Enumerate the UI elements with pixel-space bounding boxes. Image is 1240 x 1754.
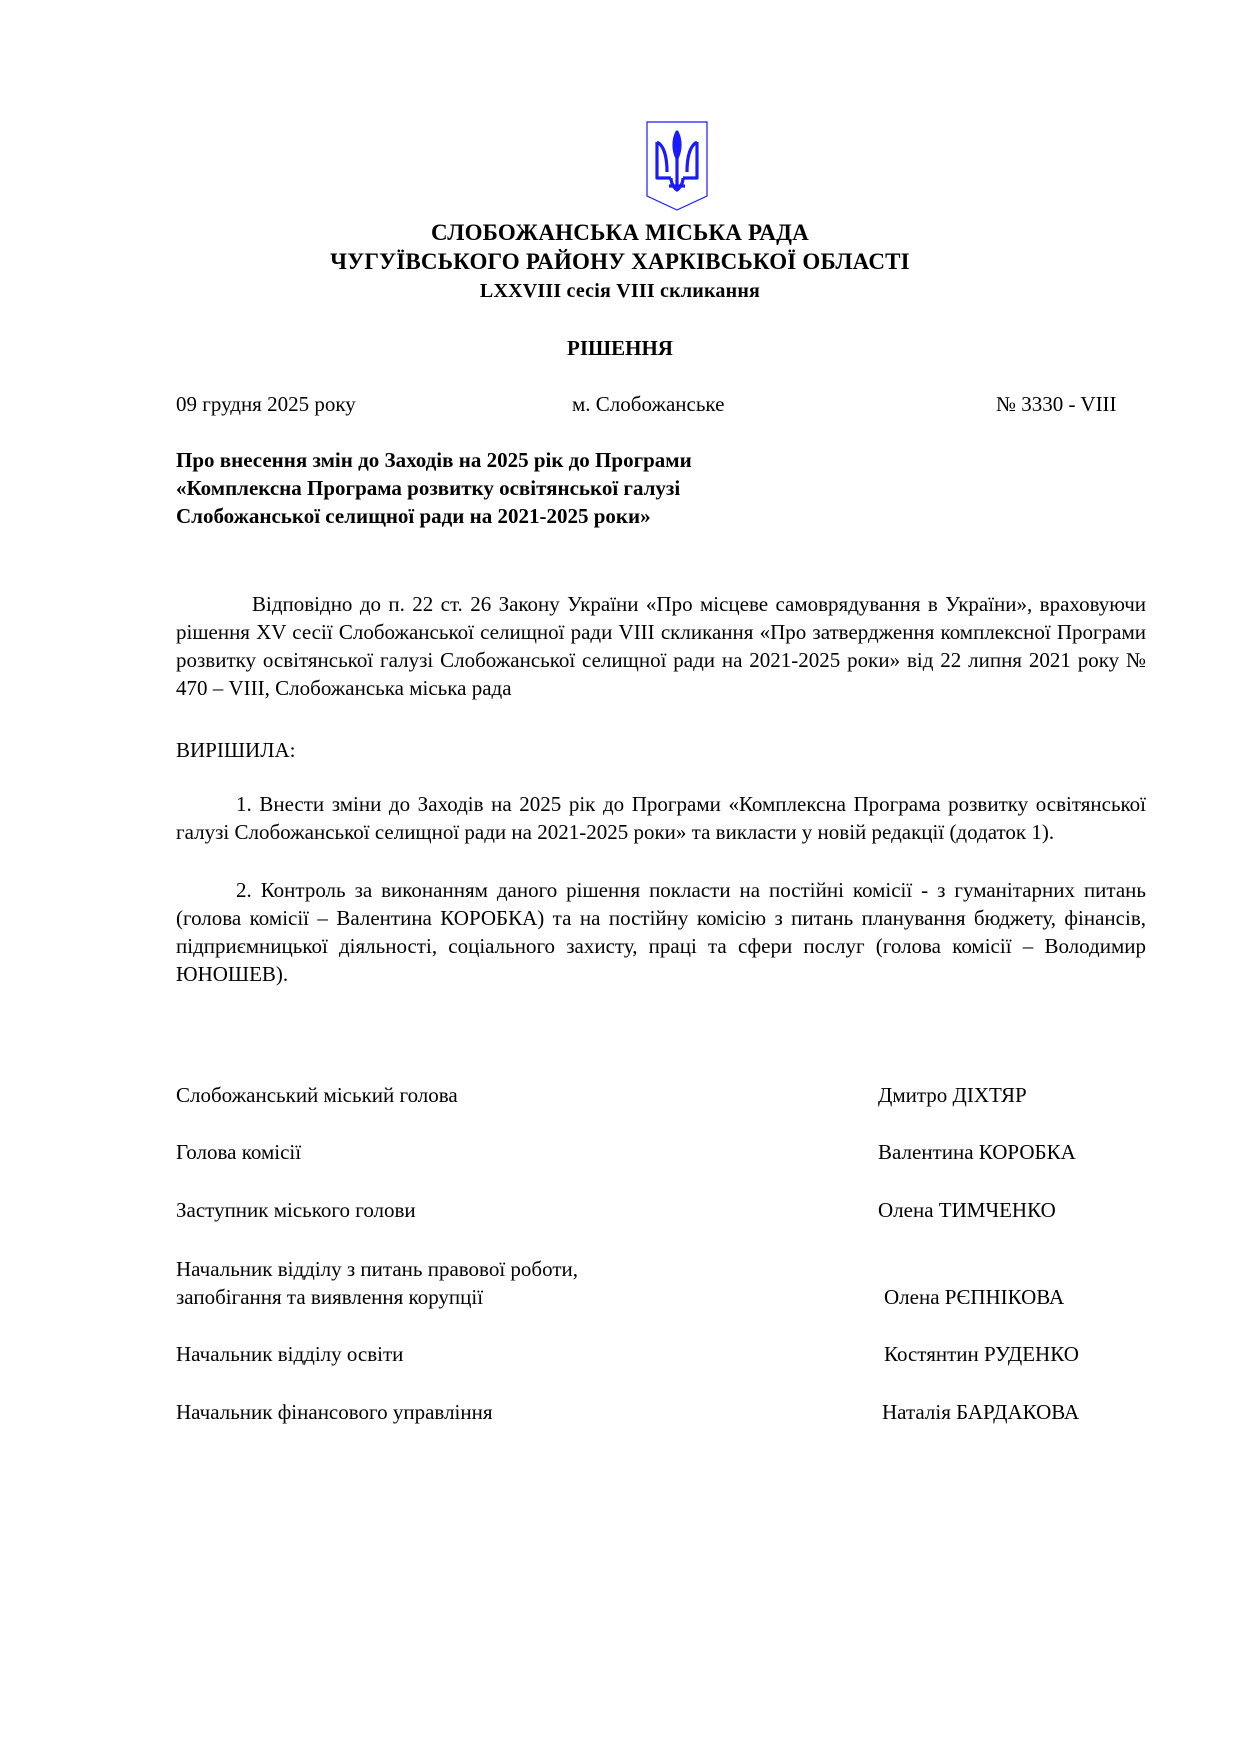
document-type: РІШЕННЯ (0, 336, 1240, 361)
signature-title: Голова комісії (176, 1138, 736, 1166)
signature-row: Голова комісії Валентина КОРОБКА (176, 1138, 1136, 1166)
council-name: СЛОБОЖАНСЬКА МІСЬКА РАДА (0, 220, 1240, 246)
signature-name: Костянтин РУДЕНКО (884, 1340, 1079, 1368)
signature-name: Наталія БАРДАКОВА (882, 1398, 1079, 1426)
signature-title: Начальник фінансового управління (176, 1398, 736, 1426)
signature-title: Начальник відділу з питань правової робо… (176, 1255, 736, 1311)
signature-title-line: запобігання та виявлення корупції (176, 1283, 736, 1311)
signature-row: Начальник фінансового управління Наталія… (176, 1398, 1136, 1426)
resolution-item-1: 1. Внести зміни до Заходів на 2025 рік д… (176, 790, 1146, 846)
signature-title: Слобожанський міський голова (176, 1081, 736, 1109)
signature-row: Начальник відділу освіти Костянтин РУДЕН… (176, 1340, 1136, 1368)
signature-row: Начальник відділу з питань правової робо… (176, 1255, 1136, 1311)
signature-name: Олена РЄПНІКОВА (884, 1283, 1064, 1311)
signature-name: Валентина КОРОБКА (878, 1138, 1076, 1166)
signature-title: Начальник відділу освіти (176, 1340, 736, 1368)
document-subject: Про внесення змін до Заходів на 2025 рік… (176, 446, 736, 530)
district-name: ЧУГУЇВСЬКОГО РАЙОНУ ХАРКІВСЬКОЇ ОБЛАСТІ (0, 249, 1240, 275)
signature-name: Олена ТИМЧЕНКО (878, 1196, 1056, 1224)
document-date: 09 грудня 2025 року (176, 392, 356, 417)
signature-row: Заступник міського голови Олена ТИМЧЕНКО (176, 1196, 1136, 1224)
resolution-item-2: 2. Контроль за виконанням даного рішення… (176, 876, 1146, 988)
intro-paragraph: Відповідно до п. 22 ст. 26 Закону Україн… (176, 590, 1146, 702)
signature-title: Заступник міського голови (176, 1196, 736, 1224)
coat-of-arms-icon (645, 120, 709, 212)
resolved-heading: ВИРІШИЛА: (176, 738, 295, 763)
document-number: № 3330 - VIII (996, 392, 1117, 417)
document-place: м. Слобожанське (572, 392, 724, 417)
signature-row: Слобожанський міський голова Дмитро ДІХТ… (176, 1081, 1136, 1109)
signature-name: Дмитро ДІХТЯР (878, 1081, 1027, 1109)
session-info: LXXVIII сесія VIII скликання (0, 280, 1240, 303)
signature-title-line: Начальник відділу з питань правової робо… (176, 1255, 736, 1283)
